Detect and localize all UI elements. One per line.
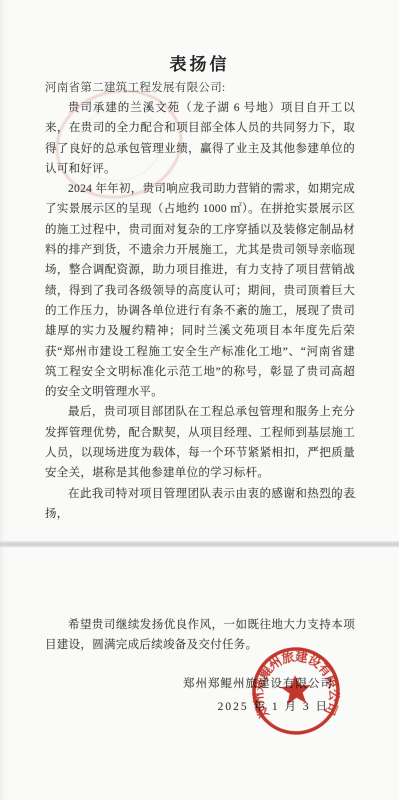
paragraph-4: 在此我司特对项目管理团队表示由衷的感谢和热烈的表扬， xyxy=(45,484,355,525)
letter-body-column: 河南省第二建筑工程发展有限公司: 贵司承建的兰溪文苑（龙子湖 6 号地）项目自开… xyxy=(45,78,355,524)
company-seal: 郑州郑鲲州旅建设有限公司 xyxy=(232,627,360,755)
page-number: — 1 — xyxy=(321,492,358,503)
seal-star xyxy=(280,674,312,705)
letter-page-2: 希望贵司继续发扬优良作风，一如既往地大力支持本项目建设，圆满完成后续竣备及交付任… xyxy=(0,547,399,800)
paragraph-2: 2024 年年初，贵司响应我司助力营销的需求，如期完成了实景展示区的呈现（占地约… xyxy=(45,179,355,402)
salutation-line: 河南省第二建筑工程发展有限公司: xyxy=(45,78,355,98)
paragraph-1: 贵司承建的兰溪文苑（龙子湖 6 号地）项目自开工以来，在贵司的全力配合和项目部全… xyxy=(45,98,355,179)
paragraph-3: 最后，贵司项目部团队在工程总承包管理和服务上充分发挥管理优势，配合默契，从项目经… xyxy=(45,402,355,483)
scanned-letter-viewer: 表扬信 河南省第二建筑工程发展有限公司: 贵司承建的兰溪文苑（龙子湖 6 号地）… xyxy=(0,0,399,800)
letter-page-1: 表扬信 河南省第二建筑工程发展有限公司: 贵司承建的兰溪文苑（龙子湖 6 号地）… xyxy=(0,0,399,541)
letter-title: 表扬信 xyxy=(0,0,399,75)
